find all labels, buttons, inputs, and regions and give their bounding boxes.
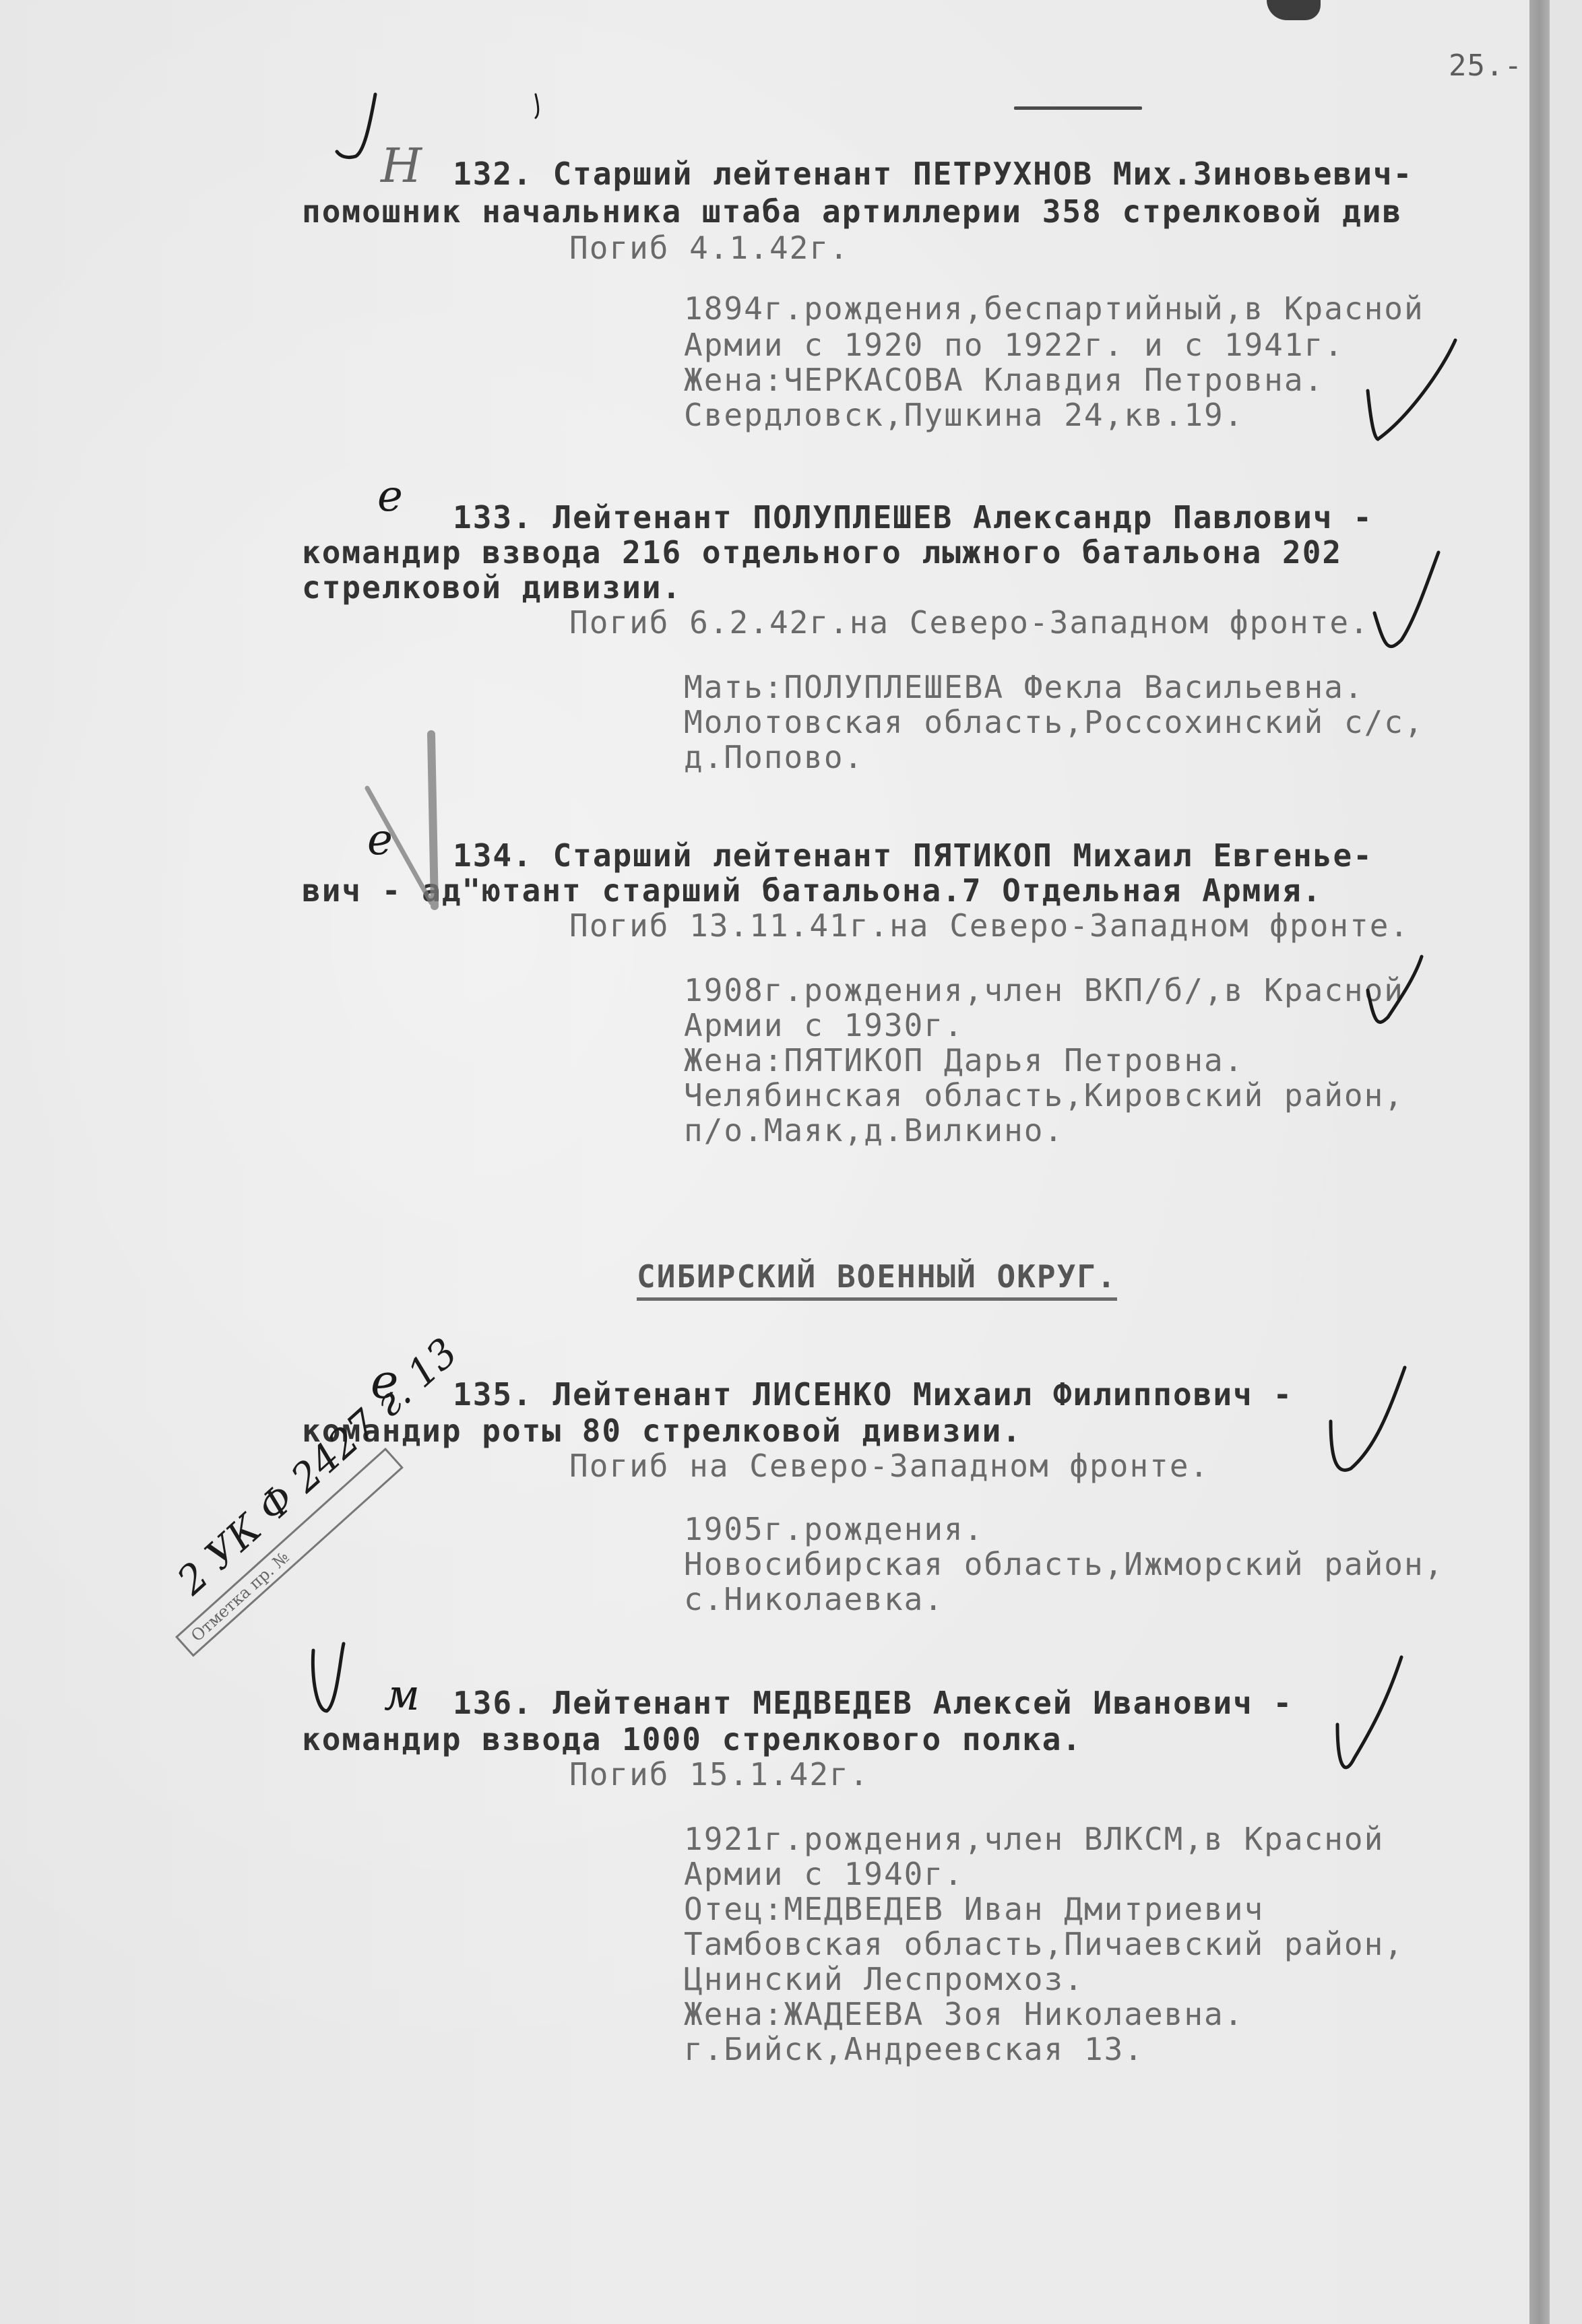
entry-132-detail-2: Армии с 1920 по 1922г. и с 1941г. bbox=[684, 325, 1344, 365]
margin-mark-136: м bbox=[384, 1671, 420, 1720]
entry-135-detail-1: 1905г.рождения. bbox=[684, 1509, 984, 1549]
entry-132-detail-1: 1894г.рождения,беспартийный,в Красной bbox=[684, 288, 1424, 329]
margin-mark-133: е bbox=[377, 472, 403, 521]
entry-132-line-2: помошник начальника штаба артиллерии 358… bbox=[302, 191, 1402, 232]
entry-134-detail-2: Армии с 1930г. bbox=[684, 1005, 964, 1045]
entry-136-detail-4: Тамбовская область,Пичаевский район, bbox=[684, 1924, 1404, 1964]
entry-136-detail-6: Жена:ЖАДЕЕВА Зоя Николаевна. bbox=[684, 1994, 1244, 2034]
entry-133-detail-2: Молотовская область,Россохинский с/с, bbox=[684, 702, 1424, 742]
entry-135-line-1: 135. Лейтенант ЛИСЕНКО Михаил Филиппович… bbox=[453, 1374, 1293, 1415]
entry-133-line-3: стрелковой дивизии. bbox=[302, 567, 682, 608]
margin-mark-132: Н bbox=[381, 138, 422, 193]
entry-134-line-2: вич - ад"ютант старший батальона.7 Отдел… bbox=[302, 870, 1322, 911]
entry-132-death: Погиб 4.1.42г. bbox=[569, 228, 850, 268]
entry-132-detail-3: Жена:ЧЕРКАСОВА Клавдия Петровна. bbox=[684, 360, 1324, 400]
entry-134-detail-1: 1908г.рождения,член ВКП/б/,в Красной bbox=[684, 970, 1404, 1010]
entry-133-line-2: командир взвода 216 отдельного лыжного б… bbox=[302, 532, 1342, 573]
entry-132-line-1: 132. Старший лейтенант ПЕТРУХНОВ Мих.Зин… bbox=[453, 154, 1413, 194]
entry-136-line-2: командир взвода 1000 стрелкового полка. bbox=[302, 1719, 1082, 1760]
margin-mark-134: е bbox=[367, 815, 393, 865]
next-page-margin bbox=[1550, 0, 1582, 2324]
entry-136-detail-2: Армии с 1940г. bbox=[684, 1854, 964, 1894]
entry-134-detail-3: Жена:ПЯТИКОП Дарья Петровна. bbox=[684, 1040, 1244, 1080]
entry-134-death: Погиб 13.11.41г.на Северо-Западном фронт… bbox=[569, 905, 1410, 946]
entry-135-line-2: командир роты 80 стрелковой дивизии. bbox=[302, 1411, 1022, 1451]
entry-135-death: Погиб на Северо-Западном фронте. bbox=[569, 1446, 1209, 1486]
entry-136-detail-7: г.Бийск,Андреевская 13. bbox=[684, 2029, 1144, 2069]
entry-135-detail-3: с.Николаевка. bbox=[684, 1579, 944, 1619]
entry-136-death: Погиб 15.1.42г. bbox=[569, 1754, 869, 1795]
entry-134-line-1: 134. Старший лейтенант ПЯТИКОП Михаил Ев… bbox=[453, 835, 1373, 876]
entry-132-detail-4: Свердловск,Пушкина 24,кв.19. bbox=[684, 395, 1244, 435]
entry-133-detail-3: д.Попово. bbox=[684, 737, 864, 777]
entry-136-detail-1: 1921г.рождения,член ВЛКСМ,в Красной bbox=[684, 1819, 1384, 1859]
entry-133-death: Погиб 6.2.42г.на Северо-Западном фронте. bbox=[569, 602, 1370, 643]
entry-134-detail-5: п/о.Маяк,д.Вилкино. bbox=[684, 1110, 1064, 1151]
section-heading: СИБИРСКИЙ ВОЕННЫЙ ОКРУГ. bbox=[637, 1258, 1117, 1301]
entry-133-detail-1: Мать:ПОЛУПЛЕШЕВА Фекла Васильевна. bbox=[684, 667, 1364, 707]
top-rule bbox=[1014, 106, 1142, 110]
entry-133-line-1: 133. Лейтенант ПОЛУПЛЕШЕВ Александр Павл… bbox=[453, 497, 1373, 538]
entry-134-detail-4: Челябинская область,Кировский район, bbox=[684, 1075, 1404, 1116]
entry-135-detail-2: Новосибирская область,Ижморский район, bbox=[684, 1544, 1444, 1584]
entry-136-detail-3: Отец:МЕДВЕДЕВ Иван Дмитриевич bbox=[684, 1889, 1264, 1929]
binding-edge bbox=[1529, 0, 1550, 2324]
entry-136-line-1: 136. Лейтенант МЕДВЕДЕВ Алексей Иванович… bbox=[453, 1683, 1293, 1723]
page-number: 25.- bbox=[1449, 49, 1523, 83]
entry-136-detail-5: Цнинский Леспромхоз. bbox=[684, 1959, 1084, 1999]
